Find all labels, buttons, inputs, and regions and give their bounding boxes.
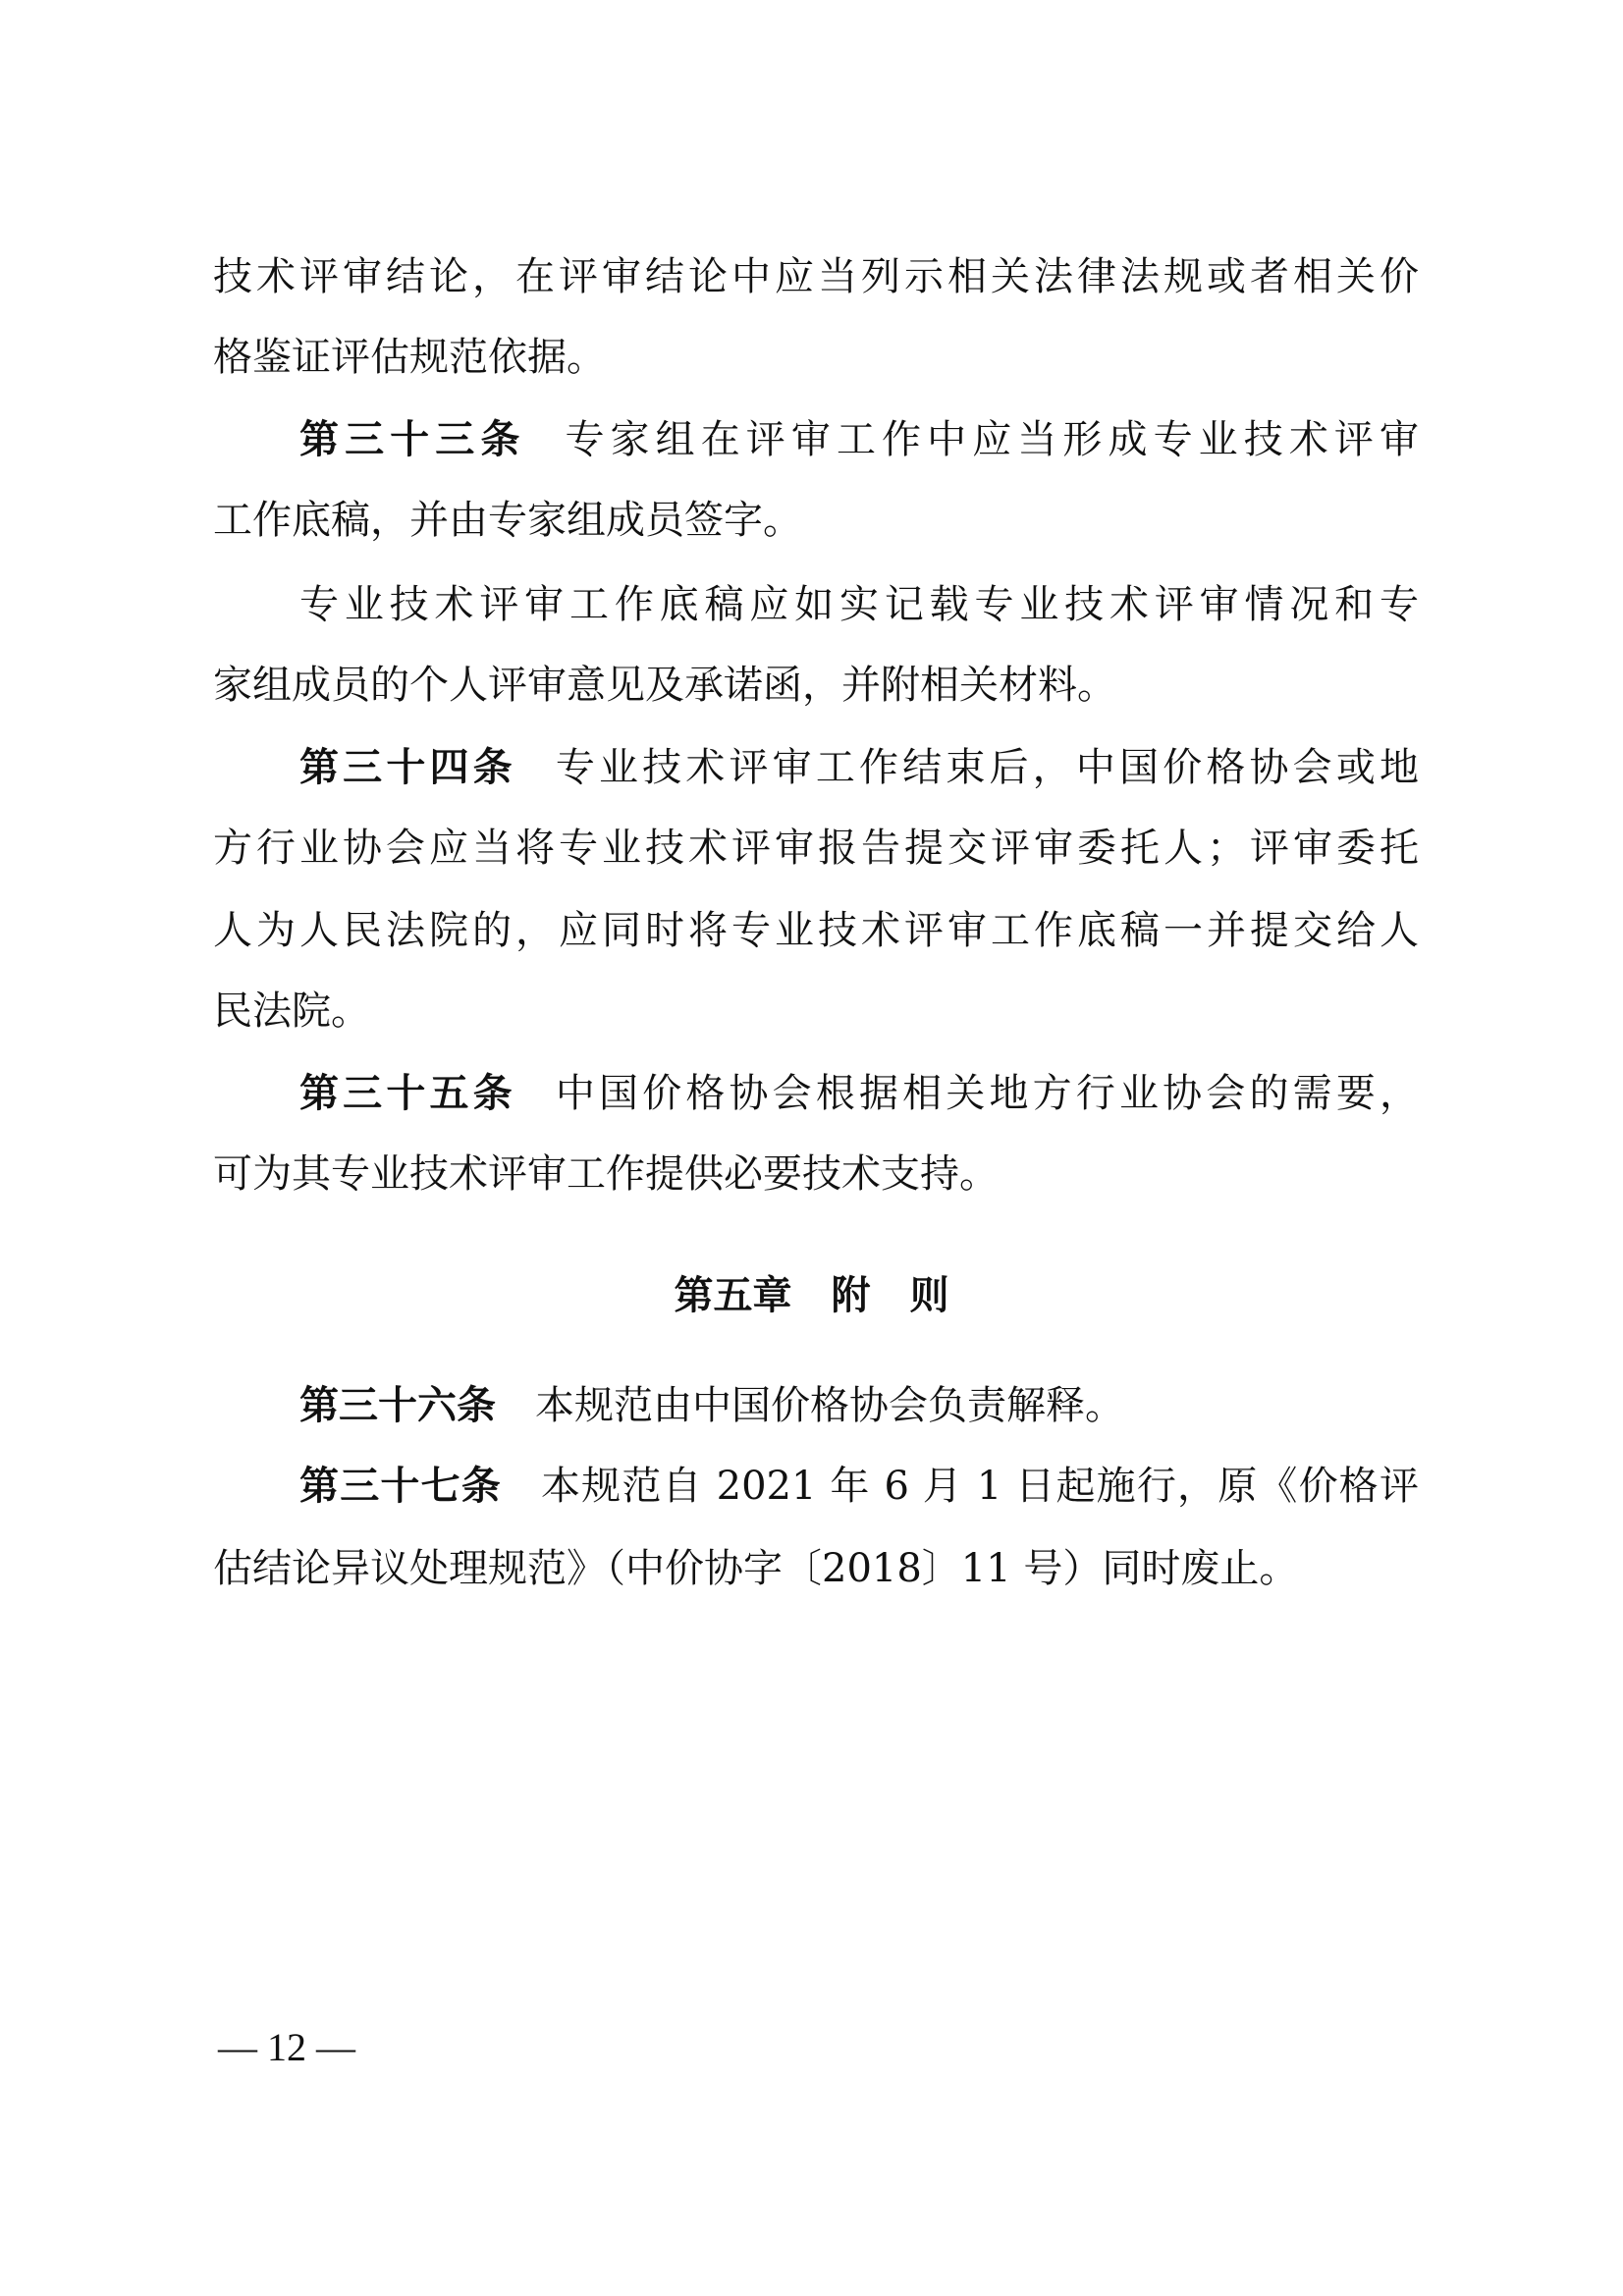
text-line: 家组成员的个人评审意见及承诺函，并附相关材料。: [213, 662, 1419, 709]
page-number: — 12 —: [218, 2024, 355, 2071]
article-number: 第三十四条: [299, 745, 516, 790]
chapter-title: 附 则: [832, 1273, 949, 1318]
text-line: 可为其专业技术评审工作提供必要技术支持。: [213, 1150, 1419, 1198]
article-35-line-1: 第三十五条中国价格协会根据相关地方行业协会的需要，: [299, 1070, 1419, 1117]
text-line: 估结论异议处理规范》（中价协字〔2018〕11 号）同时废止。: [213, 1545, 1419, 1592]
text-line: 工作底稿，并由专家组成员签字。: [213, 497, 1419, 544]
article-34-line-1: 第三十四条专业技术评审工作结束后，中国价格协会或地: [299, 744, 1419, 791]
article-text: 中国价格协会根据相关地方行业协会的需要，: [556, 1071, 1419, 1116]
document-page: 技术评审结论，在评审结论中应当列示相关法律法规或者相关价 格鉴证评估规范依据。 …: [0, 0, 1623, 2296]
text-line: 专业技术评审工作底稿应如实记载专业技术评审情况和专: [299, 581, 1419, 628]
text-line: 方行业协会应当将专业技术评审报告提交评审委托人；评审委托: [213, 825, 1419, 872]
article-37-line-1: 第三十七条本规范自 2021 年 6 月 1 日起施行，原《价格评: [299, 1463, 1419, 1510]
chapter-number: 第五章: [675, 1273, 792, 1318]
text-line: 技术评审结论，在评审结论中应当列示相关法律法规或者相关价: [213, 253, 1419, 300]
text-line: 格鉴证评估规范依据。: [213, 334, 1419, 381]
article-36-line-1: 第三十六条本规范由中国价格协会负责解释。: [299, 1382, 1419, 1429]
article-number: 第三十七条: [299, 1464, 502, 1509]
article-number: 第三十三条: [299, 417, 525, 462]
text-line: 人为人民法院的，应同时将专业技术评审工作底稿一并提交给人: [213, 907, 1419, 954]
article-number: 第三十六条: [299, 1383, 496, 1428]
article-text: 专家组在评审工作中应当形成专业技术评审: [565, 417, 1419, 462]
article-text: 专业技术评审工作结束后，中国价格协会或地: [556, 745, 1419, 790]
article-33-line-1: 第三十三条专家组在评审工作中应当形成专业技术评审: [299, 416, 1419, 463]
article-text: 本规范自 2021 年 6 月 1 日起施行，原《价格评: [541, 1464, 1419, 1509]
article-text: 本规范由中国价格协会负责解释。: [535, 1383, 1124, 1428]
chapter-heading: 第五章附 则: [0, 1272, 1623, 1319]
article-number: 第三十五条: [299, 1071, 516, 1116]
text-line: 民法院。: [213, 988, 1419, 1035]
